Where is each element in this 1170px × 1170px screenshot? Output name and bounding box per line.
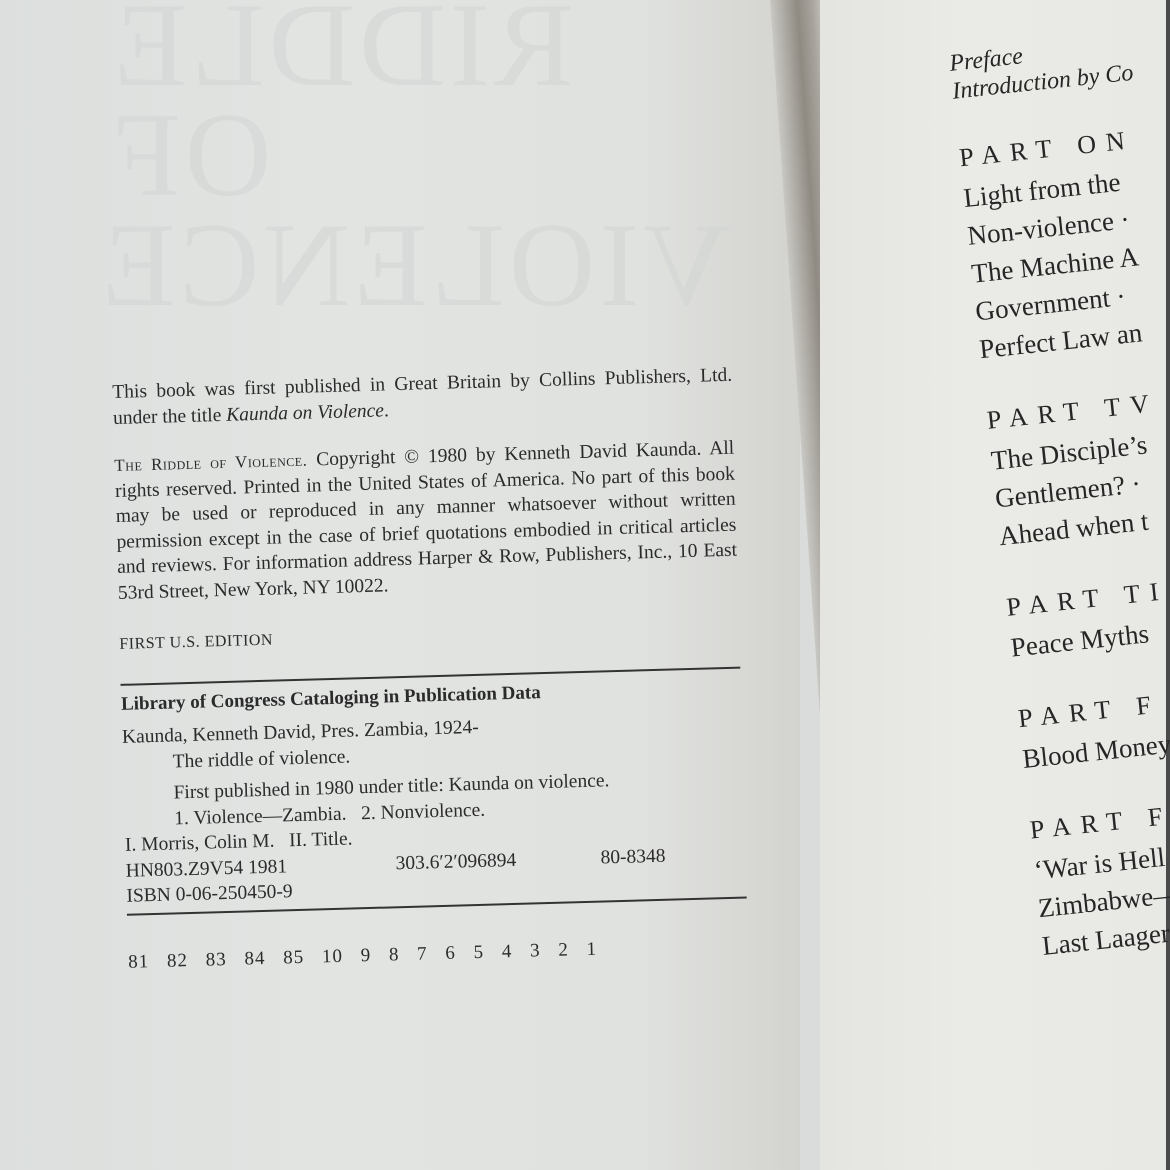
punct: .: [384, 400, 389, 421]
printing-line: 81 82 83 84 85 10 9 8 7 6 5 4 3 2 1: [128, 932, 748, 975]
book-title-smallcaps: The Riddle of Violence.: [114, 451, 307, 475]
original-title: Kaunda on Violence: [226, 400, 384, 425]
cip-data: Library of Congress Cataloging in Public…: [121, 674, 747, 909]
lccn: 80-8348: [600, 843, 666, 870]
ghost-line: OF: [110, 100, 730, 210]
copyright-notice: The Riddle of Violence. Copyright © 1980…: [114, 436, 738, 606]
copyright-block: This book was first published in Great B…: [112, 363, 748, 975]
ghost-line: RIDDLE: [110, 0, 730, 100]
show-through-title: RIDDLE OF VIOLENCE: [110, 0, 730, 350]
left-page-copyright: RIDDLE OF VIOLENCE This book was first p…: [0, 0, 800, 1170]
ghost-line: VIOLENCE: [110, 210, 730, 320]
